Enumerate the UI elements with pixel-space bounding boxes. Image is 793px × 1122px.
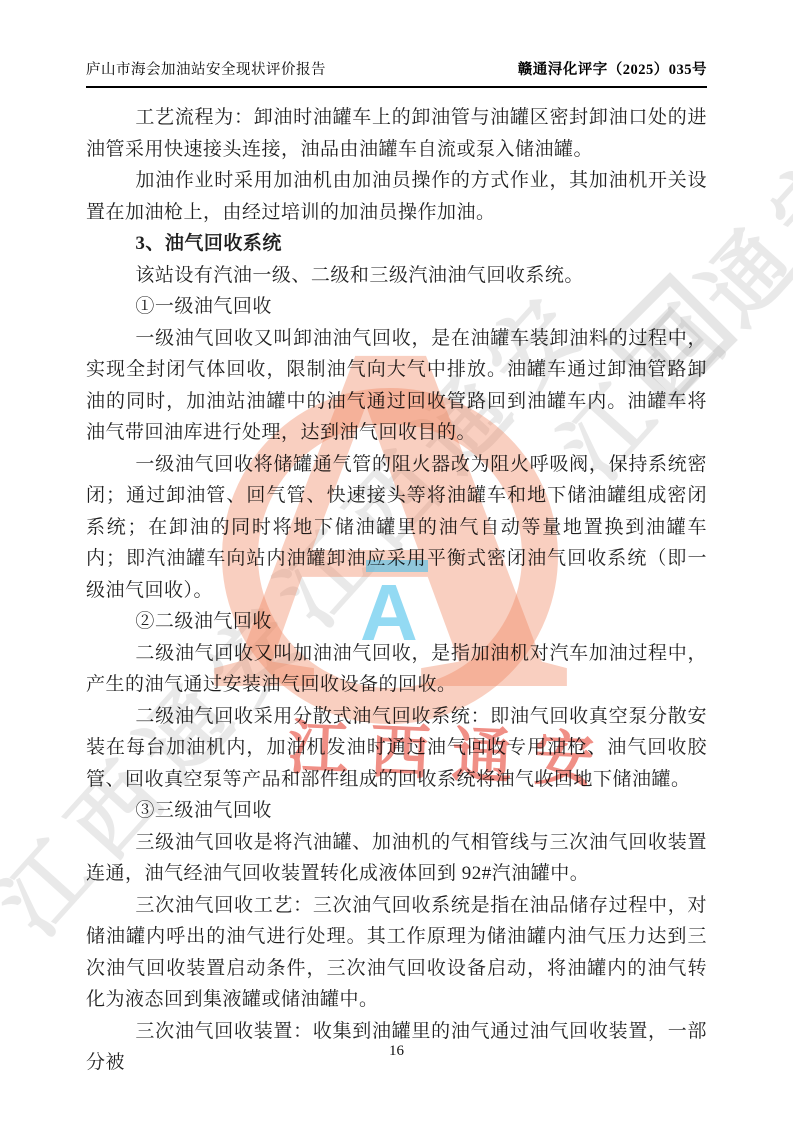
paragraph: 三次油气回收工艺：三次油气回收系统是指在油品储存过程中，对储油罐内呼出的油气进行… bbox=[86, 890, 707, 1016]
body-text: 工艺流程为：卸油时油罐车上的卸油管与油罐区密封卸油口处的进油管采用快速接头连接，… bbox=[86, 102, 707, 1079]
document-page: 庐山市海会加油站安全现状评价报告 赣通浔化评字（2025）035号 工艺流程为：… bbox=[0, 0, 793, 1122]
paragraph: 一级油气回收将储罐通气管的阻火器改为阻火呼吸阀，保持系统密闭；通过卸油管、回气管… bbox=[86, 449, 707, 607]
subsection-label: ③三级油气回收 bbox=[86, 795, 707, 827]
header-document-number: 赣通浔化评字（2025）035号 bbox=[518, 58, 707, 79]
paragraph: 二级油气回收又叫加油油气回收，是指加油机对汽车加油过程中，产生的油气通过安装油气… bbox=[86, 638, 707, 701]
paragraph: 三级油气回收是将汽油罐、加油机的气相管线与三次油气回收装置连通，油气经油气回收装… bbox=[86, 827, 707, 890]
paragraph: 一级油气回收又叫卸油油气回收，是在油罐车装卸油料的过程中，实现全封闭气体回收，限… bbox=[86, 323, 707, 449]
subsection-label: ②二级油气回收 bbox=[86, 606, 707, 638]
paragraph: 加油作业时采用加油机由加油员操作的方式作业，其加油机开关设置在加油枪上，由经过培… bbox=[86, 165, 707, 228]
page-header: 庐山市海会加油站安全现状评价报告 赣通浔化评字（2025）035号 bbox=[86, 58, 707, 88]
subsection-label: ①一级油气回收 bbox=[86, 291, 707, 323]
paragraph: 工艺流程为：卸油时油罐车上的卸油管与油罐区密封卸油口处的进油管采用快速接头连接，… bbox=[86, 102, 707, 165]
paragraph: 该站设有汽油一级、二级和三级汽油油气回收系统。 bbox=[86, 260, 707, 292]
page-content: 庐山市海会加油站安全现状评价报告 赣通浔化评字（2025）035号 工艺流程为：… bbox=[0, 0, 793, 1122]
page-number: 16 bbox=[0, 1043, 793, 1060]
paragraph: 二级油气回收采用分散式油气回收系统：即油气回收真空泵分散安装在每台加油机内，加油… bbox=[86, 701, 707, 796]
section-heading: 3、油气回收系统 bbox=[86, 228, 707, 260]
header-report-title: 庐山市海会加油站安全现状评价报告 bbox=[86, 58, 326, 79]
